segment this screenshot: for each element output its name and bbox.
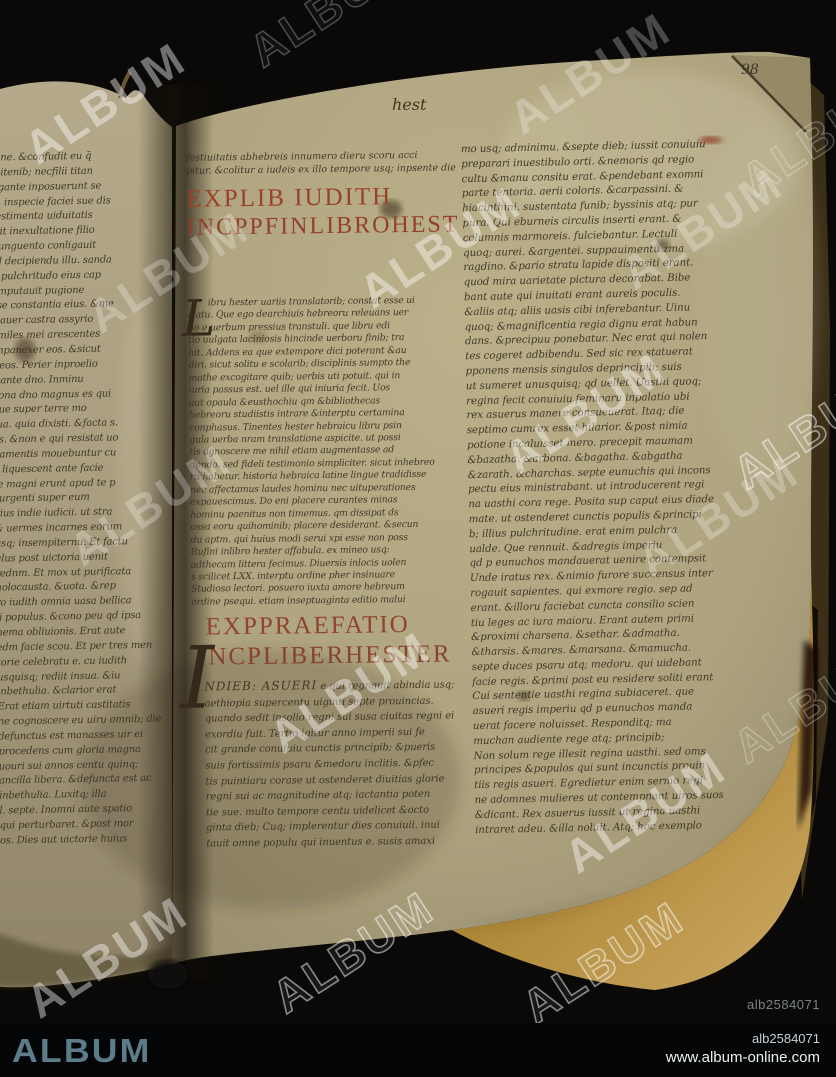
right-page-column-2: mo usq; adminimu. &septe dieb; iussit co…: [461, 136, 781, 838]
rubric-incipit-liber-hester: INCPLIBERHESTER: [198, 641, 452, 672]
running-title: hest: [392, 95, 426, 114]
judith-closing-lines: festiuitatis abhebreis innumero dieru sc…: [186, 148, 468, 177]
rubric-explicit-praefatio: EXPPRAEFATIO: [205, 611, 409, 641]
opening-rest: e qui regnauit abindia usq;: [317, 679, 454, 692]
esther-following-lines: aethiopia supercentu uiginti septe proui…: [205, 693, 457, 852]
footer-image-id: alb2584071: [666, 1030, 820, 1048]
album-logo: ALBUM: [12, 1032, 151, 1070]
manuscript-photo: hest 98 mine. &confudit eu q̄auitenib; n…: [0, 0, 836, 1077]
left-page-text-column: mine. &confudit eu q̄auitenib; necfilii …: [0, 149, 176, 850]
esther-opening-text: NDIEB: ASUERI e qui regnauit abindia usq…: [204, 676, 456, 852]
opening-capitals: NDIEB: ASUERI: [204, 678, 317, 693]
manuscript-text-line: tauit omne populu qui inuentus e. susis …: [206, 833, 456, 852]
stock-photo-page: hest 98 mine. &confudit eu q̄auitenib; n…: [0, 0, 836, 1077]
manuscript-text-line: os. Dies aut uictorie huius: [0, 831, 176, 849]
credit-bar-right: alb2584071 www.album-online.com: [666, 1030, 820, 1068]
credit-bar: ALBUM alb2584071 www.album-online.com: [0, 1023, 836, 1077]
spine-cord: [120, 72, 130, 98]
folio-number: 98: [741, 62, 759, 78]
rubric-explicit-judith: EXPLIB IUDITH: [186, 183, 392, 214]
footer-website: www.album-online.com: [666, 1048, 820, 1068]
right-page-column-1: festiuitatis abhebreis innumero dieru sc…: [186, 148, 468, 177]
image-id-text: alb2584071: [747, 997, 820, 1012]
jerome-preface-text: ibru hester uariis translatorib; constat…: [188, 295, 437, 609]
rubric-incipit-prologue-esther: INCPPFINLIBROHEST: [187, 211, 460, 241]
